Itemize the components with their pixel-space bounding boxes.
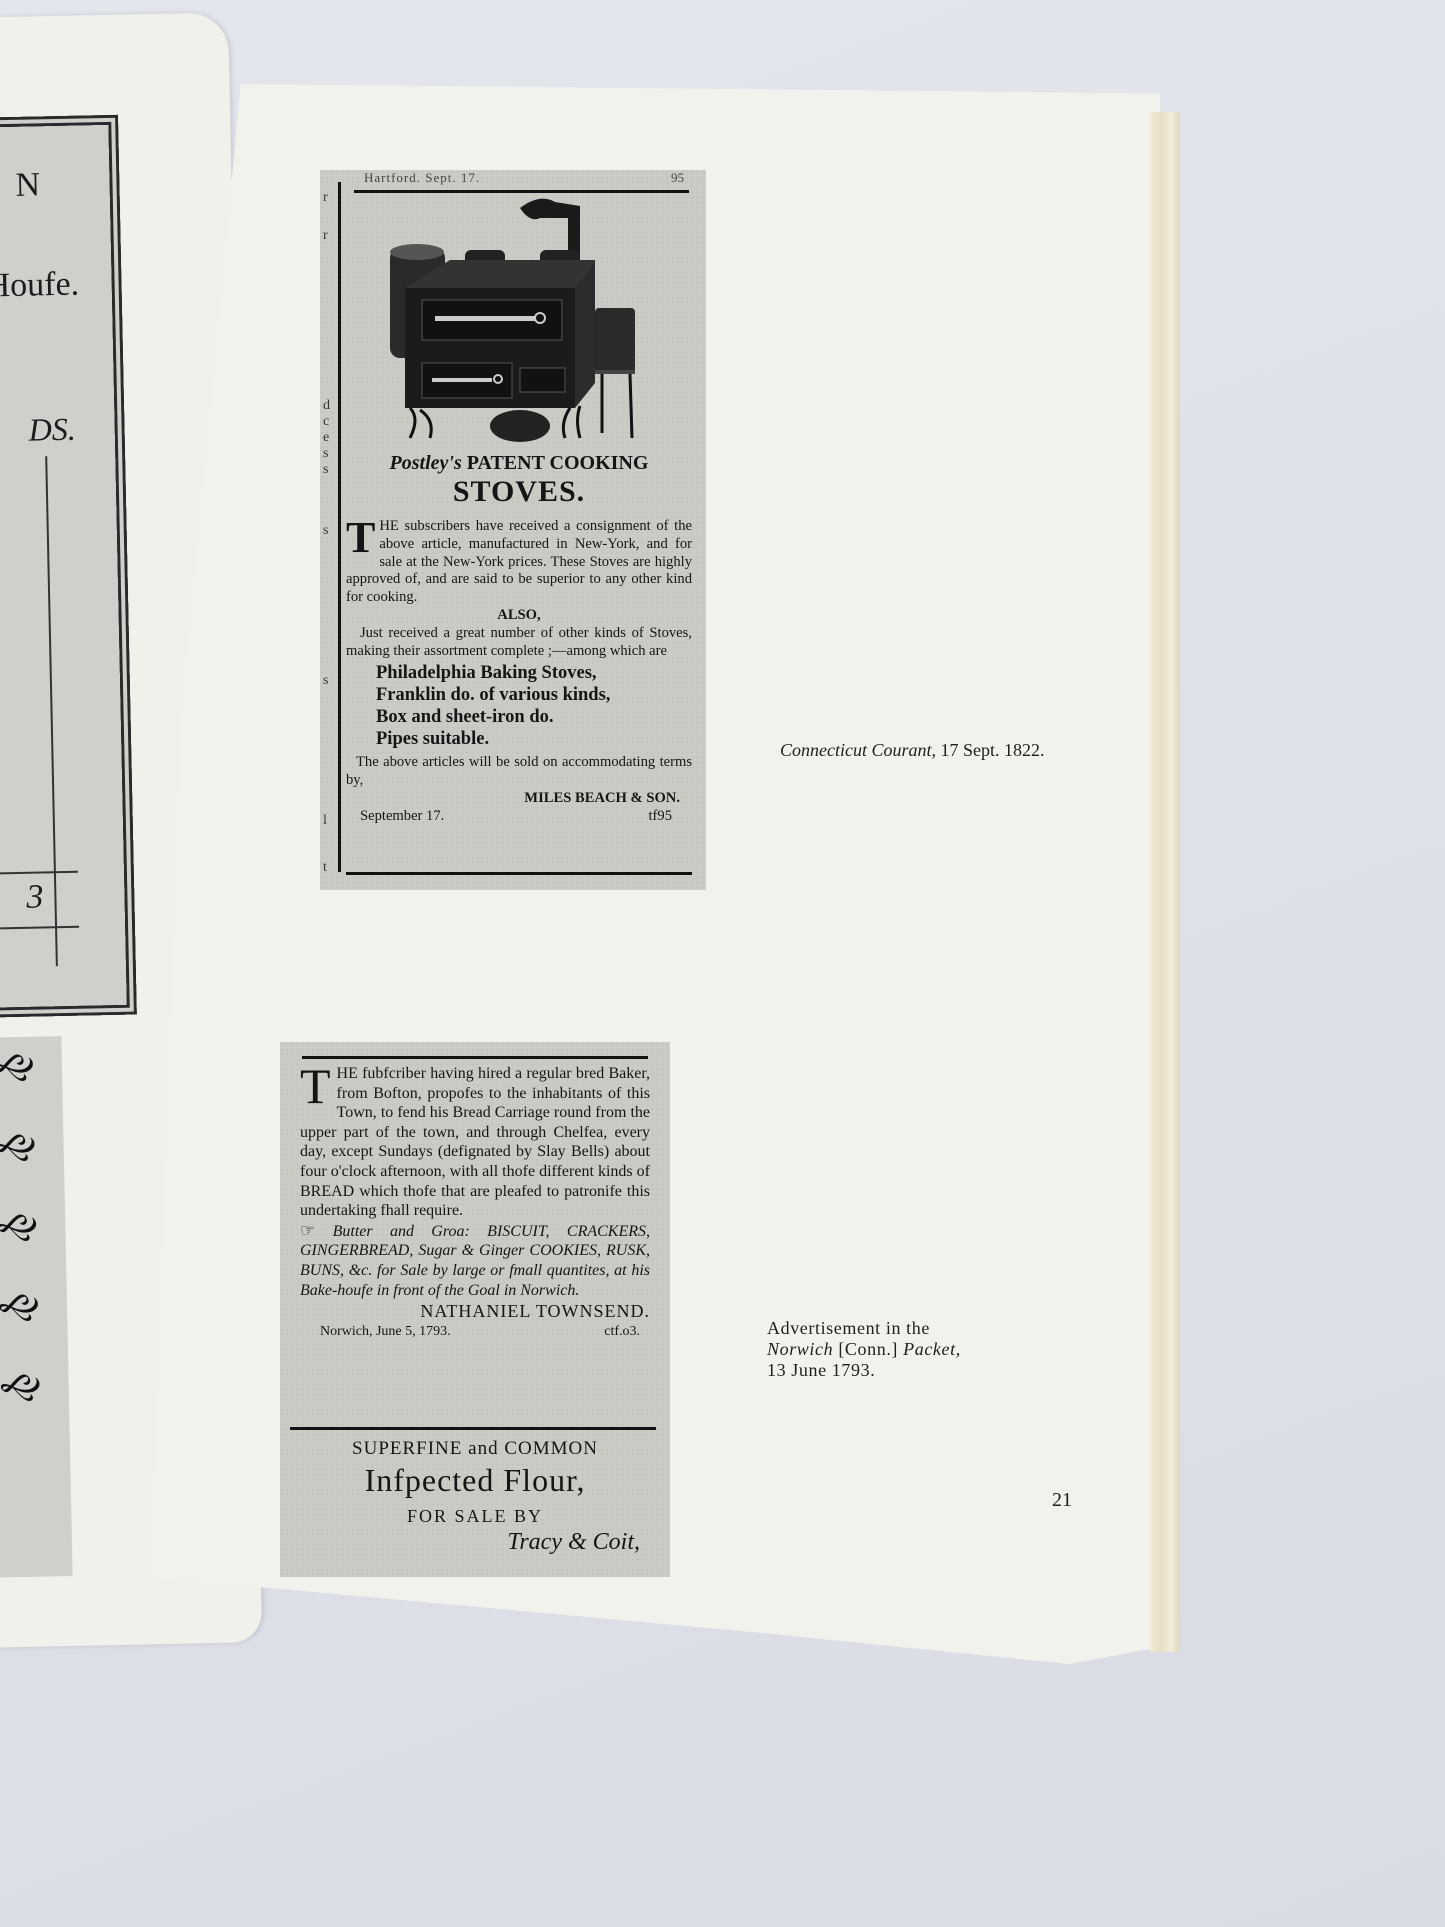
left-fragment-n: N [15,166,40,205]
left-page-scroll-ornament: 🙙 🙙 🙙 🙙 🙙 [0,1036,73,1578]
bread-advertisement-clipping: T HE fubfcriber having hired a regular b… [280,1042,670,1577]
margin-letter: r [323,190,328,206]
page-stack-edge [1150,112,1180,1652]
caption-2-line-3: 13 June 1793. [767,1360,1027,1381]
stove-paragraph-1: HE subscribers have received a consignme… [346,518,692,605]
stove-ad-date: September 17. [360,808,444,826]
list-item: Pipes suitable. [376,728,692,750]
divider-rule [290,1427,656,1430]
caption-norwich-packet: Advertisement in the Norwich [Conn.] Pac… [767,1318,1027,1381]
caption-2-conn: [Conn.] [833,1339,903,1359]
top-rule [302,1056,648,1059]
margin-letter: r [323,228,328,244]
stove-ad-signature: MILES BEACH & SON. [346,790,692,808]
stove-advertisement-clipping: Hartford. Sept. 17. 95 r r d c e s s s s… [320,170,706,890]
drop-cap: T [346,520,375,556]
flour-ad-line-2: Infpected Flour, [280,1462,670,1499]
margin-letter: t [323,860,327,876]
stove-ad-code: tf95 [648,808,672,826]
masthead-number: 95 [671,170,684,186]
flour-ad-line-1: SUPERFINE and COMMON [280,1438,670,1460]
list-item: Box and sheet-iron do. [376,706,692,728]
stove-paragraph-2: Just received a great number of other ki… [346,625,692,661]
scroll-ornament-icon: 🙙 [0,1127,37,1172]
caption-2-norwich: Norwich [767,1339,833,1359]
also-heading: ALSO, [346,607,692,625]
left-table-rule [0,871,78,875]
margin-letter: e [323,430,329,446]
masthead-fragment: Hartford. Sept. 17. [364,170,480,186]
cooking-stove-illustration [380,188,650,448]
bread-ad-date: Norwich, June 5, 1793. [320,1322,451,1342]
drop-cap: T [300,1066,331,1106]
bread-paragraph-2: Butter and Groa: BISCUIT, CRACKERS, GING… [300,1223,650,1299]
caption-1-date: 17 Sept. 1822. [936,740,1045,760]
flour-ad-line-3: FOR SALE BY [280,1506,670,1527]
margin-letter: s [323,462,328,478]
stove-paragraph-3: The above articles will be sold on accom… [346,754,692,790]
stove-ad-body: T HE subscribers have received a consign… [346,518,692,826]
postley-name: Postley's [390,452,462,474]
stove-type-list: Philadelphia Baking Stoves, Franklin do.… [346,662,692,750]
bread-ad-signature: NATHANIEL TOWNSEND. [300,1302,650,1322]
scroll-ornament-icon: 🙙 [0,1367,42,1412]
left-fragment-three: 3 [26,878,44,916]
scroll-ornament-icon: 🙙 [0,1287,41,1332]
bread-ad-body: T HE fubfcriber having hired a regular b… [300,1064,650,1341]
pointing-hand-icon: ☞ [300,1221,315,1240]
left-fragment-house: Houfe. [0,266,79,306]
margin-letter: c [323,414,329,430]
caption-1-publication: Connecticut Courant, [780,740,936,760]
left-page-ornamental-panel: N Houfe. DS. 3 [0,115,137,1018]
caption-2-line-2: Norwich [Conn.] Packet, [767,1339,1027,1360]
bottom-rule [346,872,692,875]
title-text: PATENT COOKING [467,452,649,474]
stove-ad-title-line-2: STOVES. [354,475,684,509]
bread-ad-code: ctf.o3. [604,1322,640,1342]
margin-letter: l [323,813,327,829]
left-fragment-ds: DS. [28,411,76,449]
caption-2-line-1: Advertisement in the [767,1318,1027,1339]
flour-ad-seller: Tracy & Coit, [507,1529,640,1556]
bread-ad-dateline: Norwich, June 5, 1793. ctf.o3. [300,1322,650,1342]
stove-ad-title-line-1: Postley's PATENT COOKING [354,452,684,475]
scroll-ornament-icon: 🙙 [0,1207,39,1252]
margin-letter: s [323,446,328,462]
left-table-rule [0,926,79,930]
column-rule [338,182,341,872]
caption-2-packet: Packet, [903,1339,961,1359]
left-table-rule [45,456,58,966]
margin-letter: d [323,398,330,414]
bread-paragraph-1: HE fubfcriber having hired a regular bre… [300,1065,650,1219]
caption-connecticut-courant: Connecticut Courant, 17 Sept. 1822. [780,740,1080,761]
page-number: 21 [1052,1489,1072,1512]
list-item: Franklin do. of various kinds, [376,684,692,706]
margin-letter: s [323,673,328,689]
margin-letter: s [323,523,328,539]
scroll-ornament-icon: 🙙 [0,1047,36,1092]
stove-ad-dateline: September 17. tf95 [346,808,692,826]
list-item: Philadelphia Baking Stoves, [376,662,692,684]
